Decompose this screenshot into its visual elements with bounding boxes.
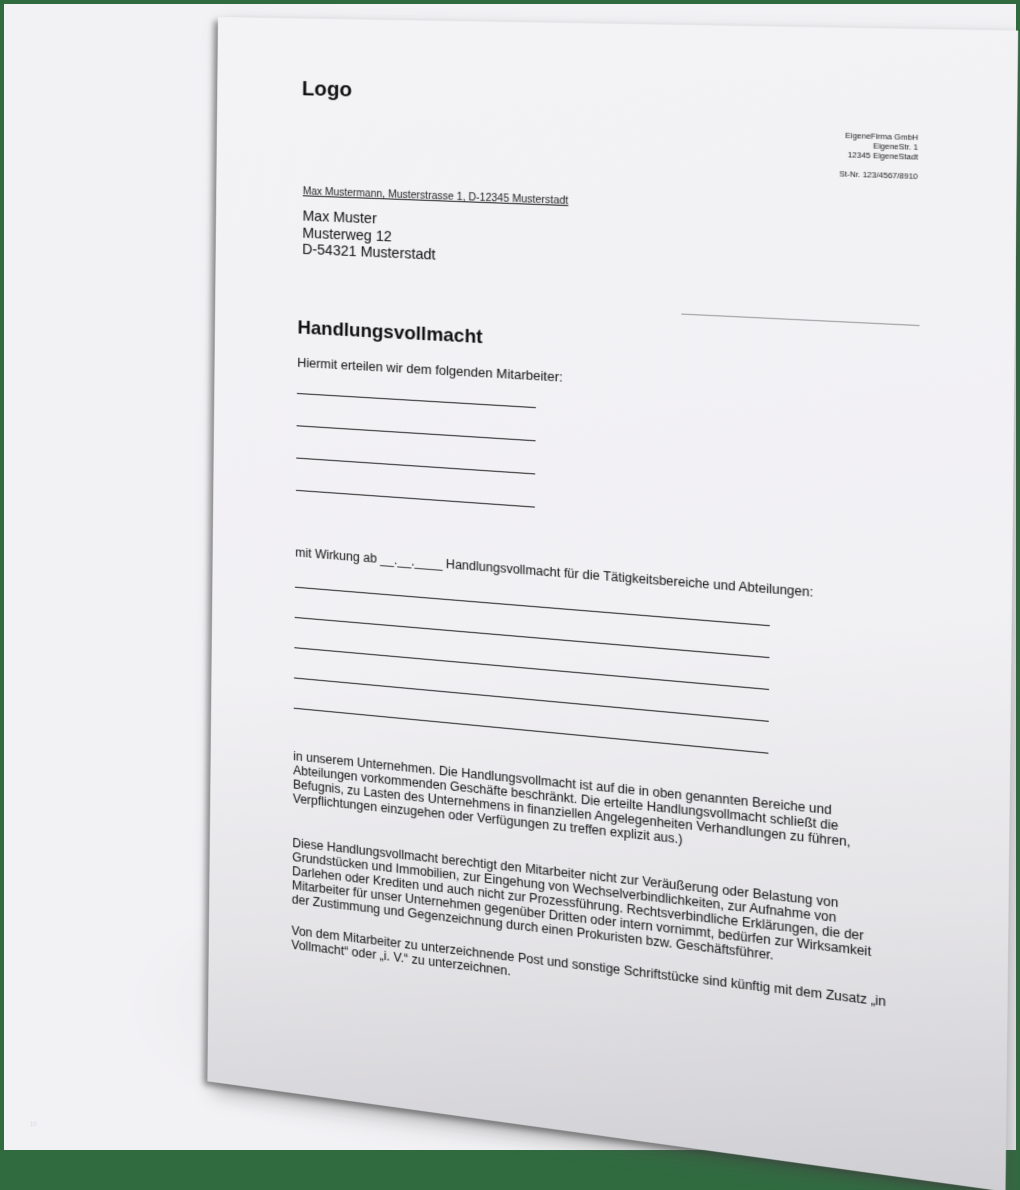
blank-fill-line [295, 587, 770, 627]
blank-fill-line [295, 617, 770, 658]
blank-fill-line [297, 393, 536, 408]
blank-fill-line [296, 490, 535, 508]
document-title: Handlungsvollmacht [297, 317, 482, 349]
sender-return-address: Max Mustermann, Musterstrasse 1, D-12345… [303, 185, 569, 207]
recipient-address: Max Muster Musterweg 12 D-54321 Musterst… [302, 208, 436, 264]
company-address: EigeneFirma GmbH EigeneStr. 1 12345 Eige… [839, 130, 918, 181]
company-city: 12345 EigeneStadt [839, 150, 918, 162]
logo: Logo [302, 77, 352, 103]
document-page: Logo EigeneFirma GmbH EigeneStr. 1 12345… [207, 17, 1018, 1154]
intro-text: Hiermit erteilen wir dem folgenden Mitar… [297, 355, 563, 385]
employee-blank-lines [218, 17, 1018, 31]
blank-fill-line [296, 458, 535, 475]
effective-date-text: mit Wirkung ab __.__.____ Handlungsvollm… [295, 545, 813, 600]
company-tax-id: St-Nr. 123/4567/8910 [839, 169, 918, 181]
department-blank-lines [218, 17, 1018, 31]
date-signature-line [681, 314, 919, 327]
blank-fill-line [297, 425, 536, 441]
